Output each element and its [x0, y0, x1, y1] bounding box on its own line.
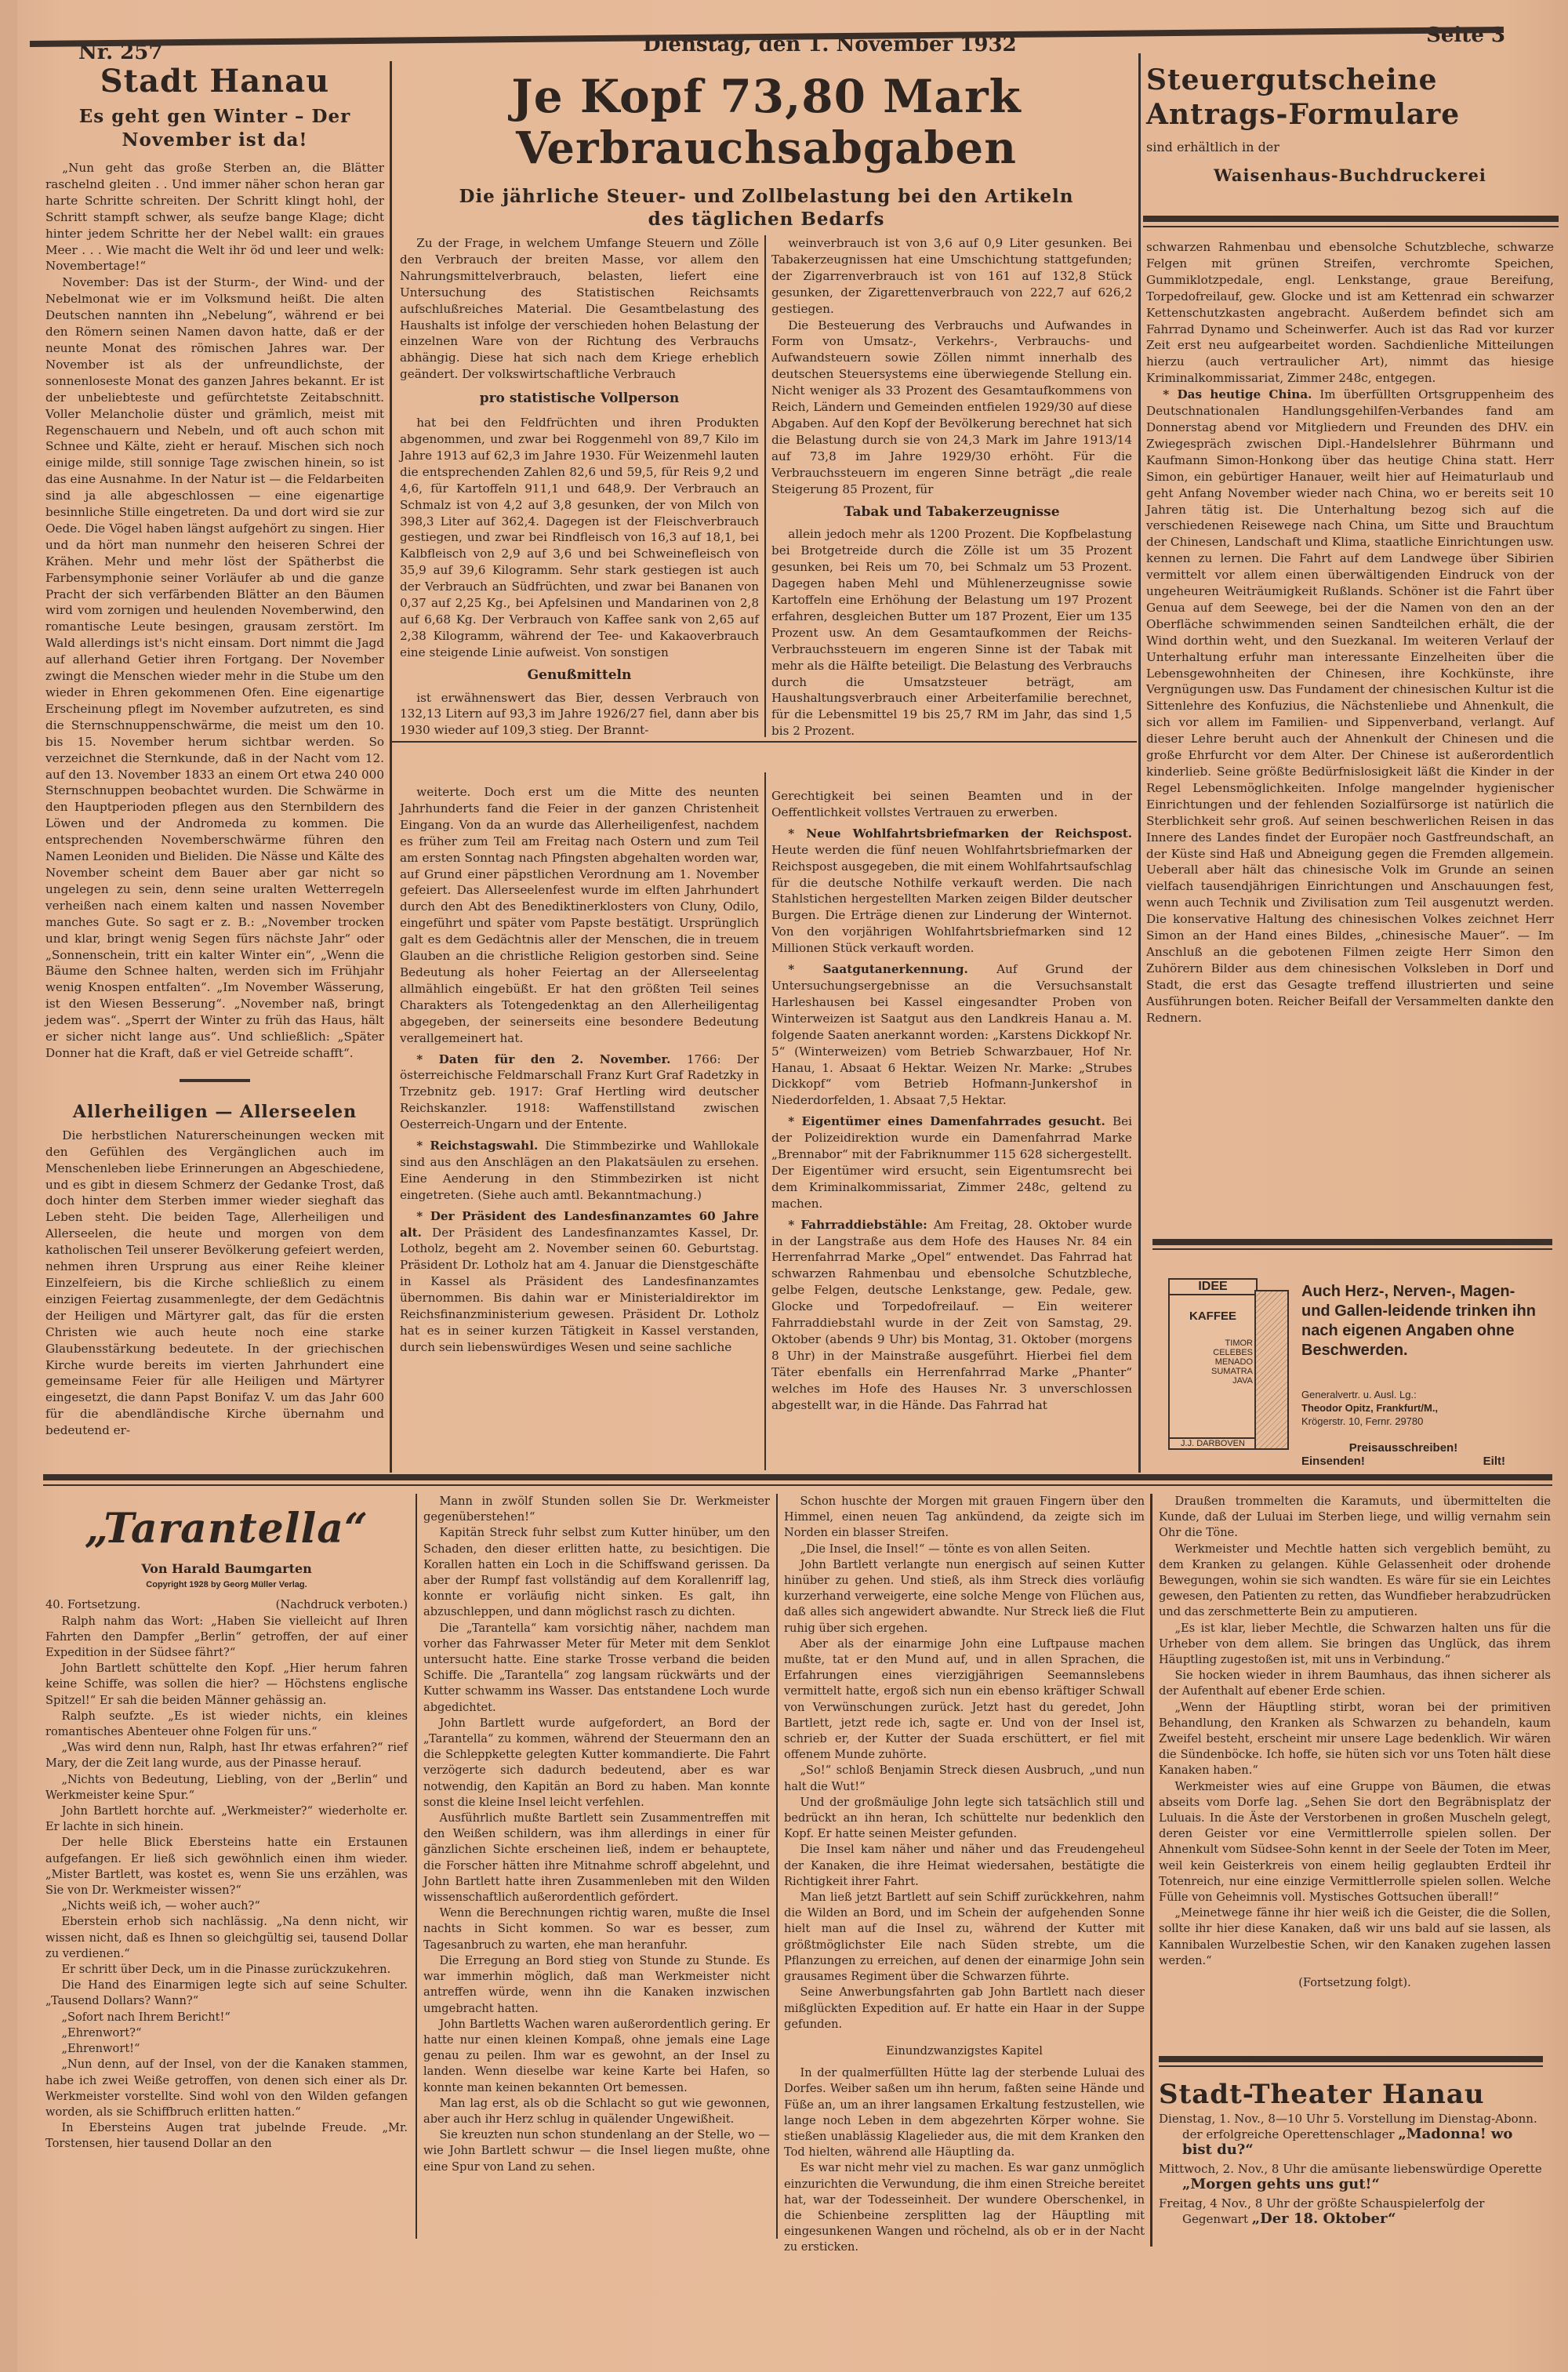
section-rule [1143, 226, 1559, 227]
send-label: Einsenden! [1301, 1455, 1365, 1468]
paragraph: John Bartlett wurde aufgefordert, an Bor… [423, 1716, 770, 1811]
paragraph: Es war nicht mehr viel zu machen. Es war… [784, 2160, 1145, 2255]
paragraph: „Nichts weiß ich, — woher auch?“ [45, 1898, 408, 1914]
paragraph: Und der großmäulige John legte sich tats… [784, 1795, 1145, 1843]
coffee-can-side [1254, 1290, 1289, 1450]
paragraph: Der helle Blick Ebersteins hatte ein Ers… [45, 1835, 408, 1898]
paragraph: Sie hocken wieder in ihrem Baumhaus, das… [1159, 1668, 1551, 1699]
paragraph: In der qualmerfüllten Hütte lag der ster… [784, 2065, 1145, 2160]
note-title: * Fahrraddiebstähle: [788, 1218, 934, 1232]
subheading: Genußmitteln [400, 667, 759, 684]
column-divider [764, 772, 766, 1470]
paragraph: „Es ist klar, lieber Mechtle, die Schwar… [1159, 1621, 1551, 1669]
paragraph: Die Besteuerung des Verbrauchs und Aufwa… [771, 318, 1132, 498]
paragraph: „Ehrenwort!“ [45, 2041, 408, 2057]
paragraph: Sie kreuzten nun schon stundenlang an de… [423, 2127, 770, 2175]
column-divider [1150, 1494, 1152, 2247]
serial-novel-col-2: Mann in zwölf Stunden sollen Sie Dr. Wer… [423, 1494, 770, 2175]
paragraph: Eberstein erhob sich nachlässig. „Na den… [45, 1914, 408, 1962]
article-body: „Nun geht das große Sterben an, die Blät… [45, 160, 384, 1062]
show-title: „Morgen gehts uns gut!“ [1182, 2176, 1380, 2192]
island-label: TIMOR [1173, 1339, 1253, 1348]
paragraph: Ausführlich mußte Bartlett sein Zusammen… [423, 1811, 770, 1905]
serial-novel-col-3: Schon huschte der Morgen mit grauen Fing… [784, 1494, 1145, 2256]
paragraph: Seine Anwerbungsfahrten gab John Bartlet… [784, 1985, 1145, 2032]
agent-name: Theodor Opitz, Frankfurt/M., [1301, 1401, 1537, 1415]
main-article-header: Je Kopf 73,80 Mark Verbrauchsabgaben Die… [400, 71, 1133, 231]
paragraph: ist erwähnenswert das Bier, dessen Verbr… [400, 690, 759, 739]
hurry-label: Eilt! [1483, 1455, 1505, 1468]
local-news-column: Stadt Hanau Es geht gen Winter – Der Nov… [45, 63, 384, 1439]
paragraph: „So!“ schloß Benjamin Streck diesen Ausb… [784, 1763, 1145, 1794]
paragraph: „Meinetwege fänne ihr hier weiß ich die … [1159, 1905, 1551, 1969]
paragraph: „Nun geht das große Sterben an, die Blät… [45, 160, 384, 274]
main-article-col-a: Zu der Frage, in welchem Umfange Steuern… [400, 235, 759, 739]
note-text: Im überfüllten Ortsgruppenheim des Deuts… [1146, 387, 1554, 1024]
main-subheadline: Die jährliche Steuer- und Zollbelastung … [447, 185, 1086, 231]
column-divider [416, 1494, 417, 2239]
theater-title: Stadt-Theater Hanau [1159, 2078, 1543, 2111]
island-label: JAVA [1173, 1376, 1253, 1386]
note-continuation: schwarzen Rahmenbau und ebensolche Schut… [1146, 239, 1554, 387]
ad-contest: Preisausschreiben! Einsenden!Eilt! [1301, 1441, 1505, 1468]
section-title: Stadt Hanau [45, 63, 384, 100]
serial-novel-col-4: Draußen trommelten die Karamuts, und übe… [1159, 1494, 1551, 1991]
paragraph: Ralph nahm das Wort: „Haben Sie vielleic… [45, 1614, 408, 1662]
contest-label: Preisausschreiben! [1301, 1441, 1505, 1455]
paragraph: Man lag erst, als ob die Schlacht so gut… [423, 2096, 770, 2127]
island-label: SUMATRA [1173, 1367, 1253, 1376]
paragraph: „Sofort nach Ihrem Bericht!“ [45, 2010, 408, 2025]
main-headline-2: Verbrauchsabgaben [400, 122, 1133, 174]
divider [180, 1079, 250, 1082]
paragraph: allein jedoch mehr als 1200 Prozent. Die… [771, 526, 1132, 739]
paragraph: hat bei den Feldfrüchten und ihren Produ… [400, 415, 759, 661]
paragraph: Die Hand des Einarmigen legte sich auf s… [45, 1978, 408, 2009]
news-note: * Fahrraddiebstähle: Am Freitag, 28. Okt… [771, 1217, 1132, 1414]
news-note: * Neue Wohlfahrtsbriefmarken der Reichsp… [771, 826, 1132, 957]
can-brand: J.J. DARBOVEN [1170, 1437, 1256, 1448]
paragraph: Er schritt über Deck, um in die Pinasse … [45, 1962, 408, 1978]
main-headline: Je Kopf 73,80 Mark [400, 71, 1133, 122]
ad-publisher: Waisenhaus-Buchdruckerei [1146, 165, 1554, 185]
paragraph: John Bartlett verlangte nun energisch au… [784, 1557, 1145, 1636]
column-divider [1138, 53, 1141, 1473]
news-note: * Saatgutanerkennung. Auf Grund der Unte… [771, 961, 1132, 1109]
section-rule [43, 1474, 1552, 1480]
paragraph: Zu der Frage, in welchem Umfange Steuern… [400, 235, 759, 383]
installment-number: 40. Fortsetzung. [45, 1597, 140, 1613]
agent-label: Generalvertr. u. Ausl. Lg.: [1301, 1388, 1537, 1401]
paragraph: „Die Insel, die Insel!“ — tönte es von a… [784, 1542, 1145, 1557]
paragraph: Mann in zwölf Stunden sollen Sie Dr. Wer… [423, 1494, 770, 1525]
paragraph: weiterte. Doch erst um die Mitte des neu… [400, 784, 759, 1047]
note-title: * Neue Wohlfahrtsbriefmarken der Reichsp… [788, 826, 1132, 841]
can-top-label: IDEE [1170, 1280, 1256, 1295]
ad-title-2: Antrags-Formulare [1146, 97, 1554, 132]
theater-schedule: Stadt-Theater Hanau Dienstag, 1. Nov., 8… [1159, 2078, 1543, 2230]
reprint-notice: (Nachdruck verboten.) [276, 1597, 408, 1613]
serial-copyright: Copyright 1928 by Georg Müller Verlag. [45, 1577, 408, 1593]
paragraph: John Bartlett horchte auf. „Werkmeister?… [45, 1804, 408, 1835]
section-rule [1159, 2065, 1543, 2067]
ad-title: Steuergutscheine [1146, 63, 1554, 97]
paragraph: Aber als der einarmige John eine Luftpau… [784, 1636, 1145, 1764]
can-islands: TIMORCELEBESMENADOSUMATRAJAVA [1173, 1339, 1253, 1386]
theater-listing: Dienstag, 1. Nov., 8—10 Uhr 5. Vorstellu… [1159, 2111, 1543, 2158]
news-note: * Eigentümer eines Damenfahrrades gesuch… [771, 1113, 1132, 1211]
note-text: Auf Grund der Untersuchungsergebnisse an… [771, 962, 1132, 1107]
note-title: * Eigentümer eines Damenfahrrades gesuch… [788, 1114, 1112, 1128]
paragraph: Wenn die Berechnungen richtig waren, muß… [423, 1905, 770, 1953]
paragraph: Werkmeister und Mechtle hatten sich verg… [1159, 1542, 1551, 1621]
subheading: pro statistische Vollperson [400, 390, 759, 407]
paragraph: „Ehrenwort?“ [45, 2025, 408, 2041]
paragraph: John Bartletts Wachen waren außerordentl… [423, 2017, 770, 2096]
main-article-col-b: weinverbrauch ist von 3,6 auf 0,9 Liter … [771, 235, 1132, 739]
paragraph: „Nichts von Bedeutung, Liebling, von der… [45, 1772, 408, 1804]
serial-title: „Tarantella“ [45, 1502, 408, 1557]
paragraph: Die herbstlichen Naturerscheinungen weck… [45, 1128, 384, 1439]
ad-rule [1152, 1239, 1552, 1245]
theater-listing: Mittwoch, 2. Nov., 8 Uhr die amüsante li… [1159, 2161, 1543, 2192]
to-be-continued: (Fortsetzung folgt). [1159, 1975, 1551, 1991]
section-rule [43, 1484, 1552, 1486]
note-title: * Reichstagswahl. [416, 1139, 545, 1153]
paragraph: Werkmeister wies auf eine Gruppe von Bäu… [1159, 1779, 1551, 1906]
paragraph: „Wenn der Häuptling stirbt, woran bei de… [1159, 1700, 1551, 1779]
article-headline: Allerheiligen — Allerseelen [45, 1101, 384, 1123]
column-divider [390, 61, 392, 1473]
ad-rule [1152, 1248, 1552, 1250]
show-title: „Der 18. Oktober“ [1252, 2210, 1396, 2227]
local-notes-col-a: weiterte. Doch erst um die Mitte des neu… [400, 784, 759, 1356]
column-divider [776, 1494, 778, 2239]
paragraph: John Bartlett schüttelte den Kopf. „Hier… [45, 1661, 408, 1709]
note-text: Der Präsident des Landesfinanzamtes Kass… [400, 1226, 759, 1354]
news-note: * Daten für den 2. November. 1766: Der ö… [400, 1052, 759, 1134]
paragraph: „Was wird denn nun, Ralph, hast Ihr etwa… [45, 1740, 408, 1771]
note-title: * Daten für den 2. November. [416, 1052, 687, 1066]
note-title: * Saatgutanerkennung. [788, 962, 996, 976]
note-text: Heute werden die fünf neuen Wohlfahrtsbr… [771, 843, 1132, 955]
ad-headline: Auch Herz-, Nerven-, Magen- und Gallen-l… [1301, 1282, 1537, 1360]
local-notes-col-b: Gerechtigkeit bei seinen Beamten und in … [771, 788, 1132, 1414]
paragraph: In Ebersteins Augen trat jubelnde Freude… [45, 2120, 408, 2152]
paragraph: „Nun denn, auf der Insel, von der die Ka… [45, 2057, 408, 2120]
paragraph: Man ließ jetzt Bartlett auf sein Schiff … [784, 1890, 1145, 1985]
right-news-column: schwarzen Rahmenbau und ebensolche Schut… [1146, 239, 1554, 1026]
agent-address: Krögerstr. 10, Fernr. 29780 [1301, 1415, 1537, 1428]
serial-novel-col-1: „Tarantella“ Von Harald Baumgarten Copyr… [45, 1494, 408, 2152]
paragraph: Draußen trommelten die Karamuts, und übe… [1159, 1494, 1551, 1542]
article-body: Die herbstlichen Naturerscheinungen weck… [45, 1128, 384, 1439]
theater-listing: Freitag, 4 Nov., 8 Uhr der größte Schaus… [1159, 2196, 1543, 2227]
paragraph: Die „Tarantella“ kam vorsichtig näher, n… [423, 1621, 770, 1716]
island-label: MENADO [1173, 1357, 1253, 1367]
paragraph: Die Erregung an Bord stieg von Stunde zu… [423, 1953, 770, 2017]
coffee-can-image: IDEE KAFFEE TIMORCELEBESMENADOSUMATRAJAV… [1168, 1278, 1258, 1450]
paragraph: Schon huschte der Morgen mit grauen Fing… [784, 1494, 1145, 1542]
section-rule [1159, 2056, 1543, 2062]
paragraph: Ralph seufzte. „Es ist wieder nichts, ei… [45, 1709, 408, 1740]
section-rule [392, 741, 1137, 743]
ad-agent: Generalvertr. u. Ausl. Lg.: Theodor Opit… [1301, 1388, 1537, 1428]
can-label: KAFFEE [1170, 1310, 1256, 1323]
note-text: Am Freitag, 28. Oktober wurde in der Lan… [771, 1218, 1132, 1412]
paragraph: Die Insel kam näher und näher und das Fr… [784, 1842, 1145, 1890]
column-divider [764, 235, 766, 737]
news-note: * Reichstagswahl. Die Stimmbezirke und W… [400, 1138, 759, 1204]
paragraph: weinverbrauch ist von 3,6 auf 0,9 Liter … [771, 235, 1132, 318]
chapter-heading: Einundzwanzigstes Kapitel [784, 2043, 1145, 2059]
news-note: * Der Präsident des Landesfinanzamtes 60… [400, 1208, 759, 1356]
note-intro: Gerechtigkeit bei seinen Beamten und in … [771, 788, 1132, 821]
note-text: Bei der Polizeidirektion wurde ein Damen… [771, 1114, 1132, 1211]
note-title: Das heutige China. [1177, 387, 1312, 401]
installment-line: 40. Fortsetzung. (Nachdruck verboten.) [45, 1597, 408, 1613]
island-label: CELEBES [1173, 1348, 1253, 1357]
forms-ad: Steuergutscheine Antrags-Formulare sind … [1146, 63, 1554, 185]
page-binding-edge [0, 0, 17, 2372]
subheading: Tabak und Tabakerzeugnisse [771, 504, 1132, 521]
article-headline: Es geht gen Winter – Der November ist da… [45, 105, 384, 152]
paragraph: November: Das ist der Sturm-, der Wind- … [45, 274, 384, 1062]
ad-subtitle: sind erhältlich in der [1146, 140, 1554, 154]
paragraph: Kapitän Streck fuhr selbst zum Kutter hi… [423, 1525, 770, 1620]
coffee-advertisement: IDEE KAFFEE TIMORCELEBESMENADOSUMATRAJAV… [1152, 1255, 1560, 1466]
serial-author: Von Harald Baumgarten [45, 1561, 408, 1577]
section-rule [1143, 216, 1559, 222]
